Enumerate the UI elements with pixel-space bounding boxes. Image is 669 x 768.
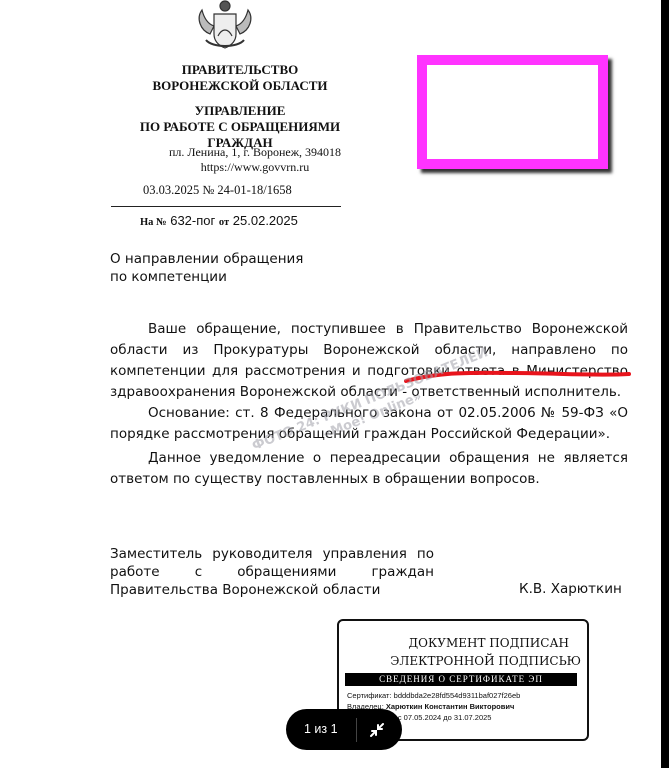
certificate-label: Сертификат: bbox=[347, 691, 392, 700]
certificate-line: Сертификат: bdddbda2e28fd554d9311baf027f… bbox=[347, 691, 520, 701]
paragraph-1: Ваше обращение, поступившее в Правительс… bbox=[110, 319, 628, 403]
stamp-bar: СВЕДЕНИЯ О СЕРТИФИКАТЕ ЭП bbox=[345, 673, 577, 686]
subject-line-1: О направлении обращения bbox=[110, 250, 303, 268]
department-name: УПРАВЛЕНИЕ ПО РАБОТЕ С ОБРАЩЕНИЯМИ ГРАЖД… bbox=[100, 103, 380, 151]
page-indicator: 1 из 1 bbox=[304, 722, 338, 736]
registration-number: 03.03.2025 № 24-01-18/1658 bbox=[143, 183, 292, 198]
subject-line-2: по компетенции bbox=[110, 268, 303, 286]
paragraph-3: Данное уведомление о переадресации обращ… bbox=[110, 448, 628, 490]
redaction-box bbox=[417, 55, 608, 169]
stamp-title-1: ДОКУМЕНТ ПОДПИСАН bbox=[339, 634, 569, 652]
in-reply-date: 25.02.2025 bbox=[233, 213, 298, 228]
certificate-value: bdddbda2e28fd554d9311baf027f26eb bbox=[394, 691, 521, 700]
coat-of-arms-icon bbox=[192, 0, 258, 52]
dept-line-1: УПРАВЛЕНИЕ bbox=[100, 103, 380, 119]
dept-line-2: ПО РАБОТЕ С ОБРАЩЕНИЯМИ bbox=[100, 119, 380, 135]
website: https://www.govvrn.ru bbox=[140, 160, 370, 175]
in-reply-number: 632-пог bbox=[170, 213, 215, 228]
signatory-role: Заместитель руководителя управления по р… bbox=[110, 545, 434, 599]
document-page: ПРАВИТЕЛЬСТВО ВОРОНЕЖСКОЙ ОБЛАСТИ УПРАВЛ… bbox=[0, 0, 661, 768]
organization-name: ПРАВИТЕЛЬСТВО ВОРОНЕЖСКОЙ ОБЛАСТИ bbox=[100, 62, 380, 94]
signatory-name: К.В. Харюткин bbox=[519, 581, 622, 597]
address: пл. Ленина, 1, г. Воронеж, 394018 bbox=[140, 145, 370, 160]
viewer-edge bbox=[661, 0, 669, 768]
in-reply-to: На № 632-пог от 25.02.2025 bbox=[140, 213, 298, 228]
pager-divider bbox=[356, 718, 357, 742]
collapse-arrows-icon[interactable] bbox=[366, 719, 388, 741]
stamp-title-2: ЭЛЕКТРОННОЙ ПОДПИСЬЮ bbox=[339, 652, 581, 670]
subject: О направлении обращения по компетенции bbox=[110, 250, 303, 286]
org-line-1: ПРАВИТЕЛЬСТВО bbox=[100, 62, 380, 78]
in-reply-prefix: На № bbox=[140, 217, 167, 228]
page-controls: 1 из 1 bbox=[286, 709, 402, 750]
in-reply-from: от bbox=[219, 217, 229, 228]
org-line-2: ВОРОНЕЖСКОЙ ОБЛАСТИ bbox=[100, 78, 380, 94]
owner-value: Харюткин Константин Викторович bbox=[386, 702, 514, 711]
divider bbox=[111, 206, 341, 207]
